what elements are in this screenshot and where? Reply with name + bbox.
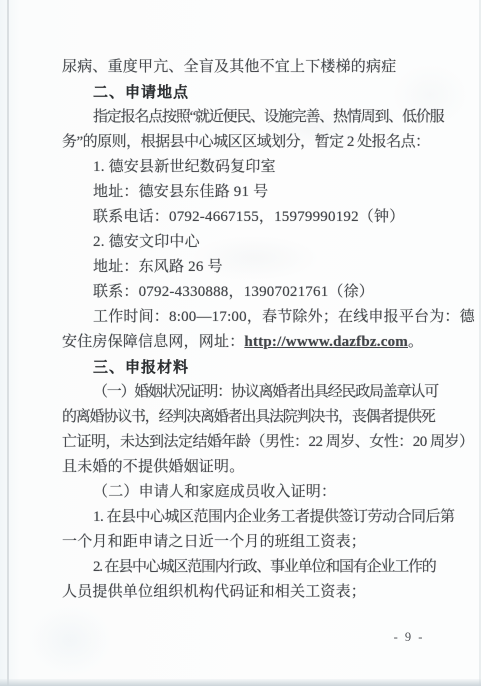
doc-line: 的离婚协议书，经判决离婚者出具法院判决书，丧偶者提供死 (62, 405, 424, 430)
doc-line-working-hours: 工作时间：8:00—17:00，春节除外；在线申报平台为：德 (62, 305, 424, 330)
doc-line: 2. 在县中心城区范围内行政、事业单位和国有企业工作的 (62, 555, 424, 580)
doc-line: （一）婚姻状况证明：协议离婚者出具经民政局盖章认可 (62, 380, 424, 405)
section-heading-application-location: 二、申请地点 (62, 80, 424, 105)
document-body: 尿病、重度甲亢、全盲及其他不宜上下楼梯的病症 二、申请地点 指定报名点按照“就近… (62, 55, 424, 605)
doc-line: 1. 在县中心城区范围内企业务工者提供签订劳动合同后第 (62, 505, 424, 530)
doc-line-website: 安住房保障信息网，网址：http://wwww.dazfbz.com。 (62, 330, 424, 355)
doc-line-site-1-name: 1. 德安县新世纪数码复印室 (62, 155, 424, 180)
doc-line: 人员提供单位组织机构代码证和相关工资表； (62, 580, 424, 605)
scanned-document-page: 尿病、重度甲亢、全盲及其他不宜上下楼梯的病症 二、申请地点 指定报名点按照“就近… (0, 0, 481, 686)
doc-line: 指定报名点按照“就近便民、设施完善、热情周到、低价服 (62, 105, 424, 130)
doc-line: 且未婚的不提供婚姻证明。 (62, 455, 424, 480)
doc-line: 尿病、重度甲亢、全盲及其他不宜上下楼梯的病症 (62, 55, 424, 80)
doc-line: 亡证明，未达到法定结婚年龄（男性：22 周岁、女性：20 周岁） (62, 430, 424, 455)
doc-line-site-1-phone: 联系电话：0792-4667155，15979990192（钟） (62, 205, 424, 230)
scan-edge-bottom (0, 679, 481, 686)
doc-line-site-1-address: 地址：德安县东佳路 91 号 (62, 180, 424, 205)
doc-line: 一个月和距申请之日近一个月的班组工资表； (62, 530, 424, 555)
section-heading-application-materials: 三、申报材料 (62, 355, 424, 380)
website-line-prefix: 安住房保障信息网，网址： (62, 334, 244, 350)
doc-line-site-2-address: 地址：东风路 26 号 (62, 255, 424, 280)
page-number: - 9 - (384, 630, 434, 645)
scan-edge-left (7, 0, 9, 686)
doc-line-site-2-phone: 联系：0792-4330888，13907021761（徐） (62, 280, 424, 305)
doc-line: （二）申请人和家庭成员收入证明： (62, 480, 424, 505)
doc-line: 务”的原则，根据县中心城区区域划分，暂定 2 处报名点： (62, 130, 424, 155)
doc-line-site-2-name: 2. 德安文印中心 (62, 230, 424, 255)
website-line-suffix: 。 (408, 334, 423, 350)
website-url: http://wwww.dazfbz.com (244, 334, 408, 350)
